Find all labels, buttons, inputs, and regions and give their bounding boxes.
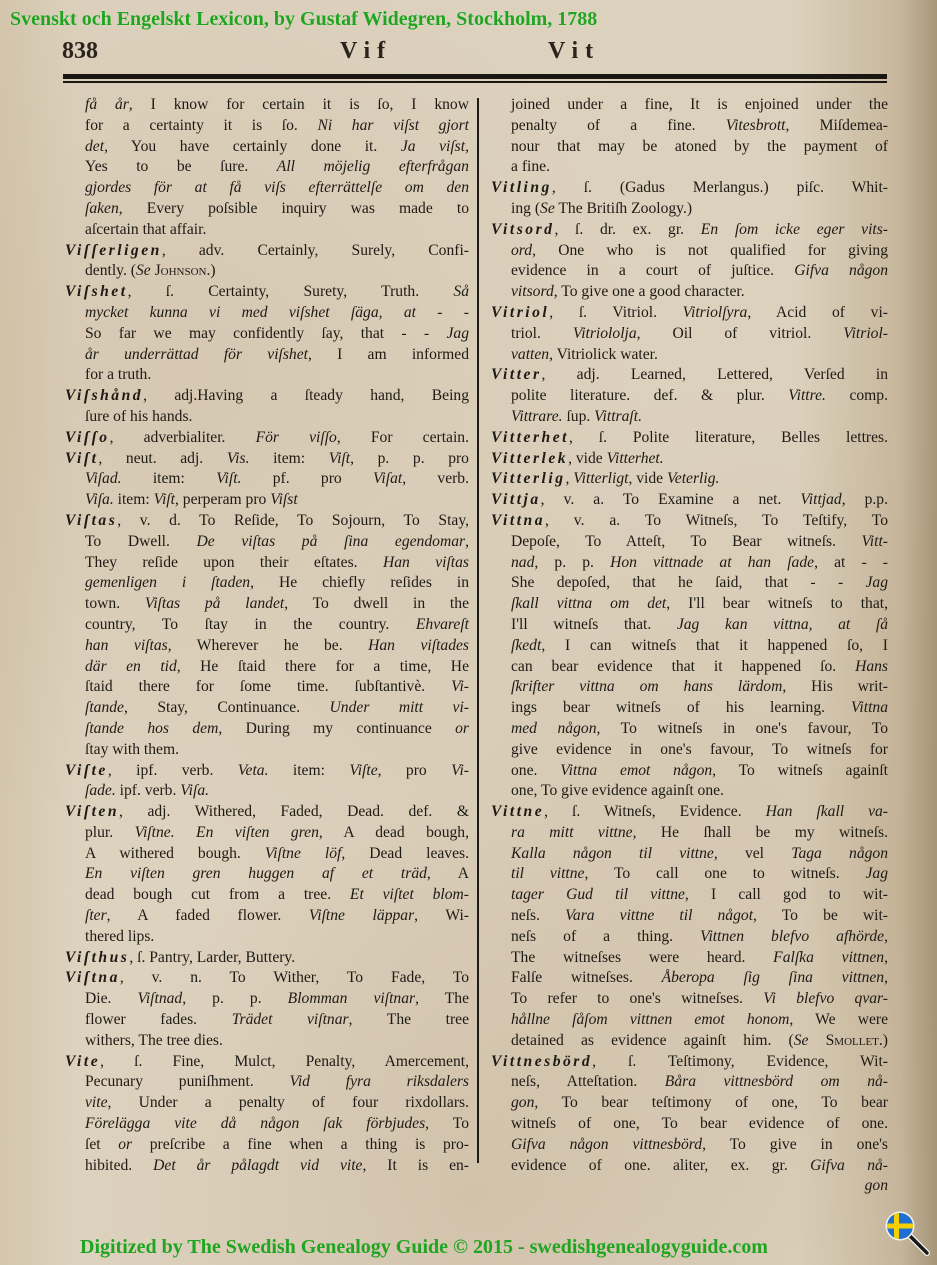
swedish-italic-text: Det år pålagdt vid vite: [153, 1157, 362, 1174]
entry-headword-line: Vitterlek, vide Vitterhet.: [491, 449, 888, 470]
text-run: , I know for certain it is ſo, I know: [129, 96, 469, 113]
entry-line: I'll witneſs that. Jag kan vittna, at ſå: [491, 615, 888, 636]
swedish-italic-text: ſkrifter vittna om hans lärdom: [511, 678, 782, 695]
text-run: , For certain.: [337, 429, 469, 446]
swedish-italic-text: Viſtne läppar: [309, 907, 414, 924]
entry-line: polite literature. def. & plur. Vittre. …: [491, 386, 888, 407]
entry-line: ſtande, Stay, Continuance. Under mitt vi…: [65, 698, 469, 719]
swedish-italic-text: Viſte: [349, 762, 377, 779]
entry-line: neſs, Atteſtation. Båra vittnesbörd om n…: [491, 1072, 888, 1093]
text-run: , Wherever he be.: [168, 637, 368, 654]
entry-line: joined under a fine, It is enjoined unde…: [491, 95, 888, 116]
swedish-italic-text: han viſtas: [85, 637, 168, 654]
entry-line: vitsord, To give one a good character.: [491, 282, 888, 303]
text-run: Die.: [85, 990, 137, 1007]
text-run: , He ſhall be my witneſs.: [633, 824, 888, 841]
text-run: , p.p.: [842, 491, 888, 508]
entry-headword-line: Viſt, neut. adj. Vis. item: Viſt, p. p. …: [65, 449, 469, 470]
swedish-italic-text: Vittnen blefvo afhörde: [700, 928, 884, 945]
swedish-italic-text: Vitterhet.: [607, 450, 664, 467]
text-run: ing (: [511, 200, 540, 217]
swedish-italic-text: Se: [540, 200, 555, 217]
text-run: , To call one to witneſs.: [584, 865, 865, 882]
text-run: .): [207, 262, 216, 279]
swedish-italic-text: ſade.: [85, 782, 116, 799]
text-run: can bear evidence that it happened ſo.: [511, 658, 855, 675]
swedish-italic-text: Vittna emot någon: [560, 762, 712, 779]
text-run: , He chiefly reſides in: [250, 574, 469, 591]
text-run: , I can witneſs that it happened ſo, I: [541, 637, 888, 654]
entry-line: The witneſses were heard. Falſka vittnen…: [491, 948, 888, 969]
swedish-italic-text: Jag kan vittna, at ſå: [677, 616, 888, 633]
text-run: , p. p.: [534, 554, 610, 571]
headword: Vittnesbörd: [491, 1053, 592, 1070]
text-run: , perperam pro: [175, 491, 270, 508]
swedish-italic-text: Vitterligt: [573, 470, 628, 487]
entry-line: Vittrare. ſup. Vittraſt.: [491, 407, 888, 428]
text-run: detained as evidence againſt him. (: [511, 1032, 794, 1049]
headword: Viſten: [65, 803, 119, 820]
entry-line: år underrättad för viſshet, I am informe…: [65, 345, 469, 366]
headword: Viſshånd: [65, 387, 143, 404]
text-run: She depoſed, that he ſaid, that - -: [511, 574, 865, 591]
swedish-italic-text: Ehvareſt: [416, 616, 469, 633]
text-run: ſure of his hands.: [85, 408, 192, 425]
text-run: , v. a. To Witneſs, To Teſtify, To: [545, 512, 888, 529]
entry-line: hibited. Det år pålagdt vid vite, It is …: [65, 1156, 469, 1177]
entry-line: ord, One who is not qualified for giving: [491, 241, 888, 262]
swedish-italic-text: Ni har viſst gjort: [317, 117, 469, 134]
entry-line: ſtaid there for ſome time. ſubſtantivè. …: [65, 677, 469, 698]
text-run: one.: [511, 762, 560, 779]
text-run: , To be wit-: [753, 907, 888, 924]
entry-line: gon: [491, 1176, 888, 1197]
text-run: , He ſtaid there for a time, He: [177, 658, 469, 675]
swedish-italic-text: ord: [511, 242, 532, 259]
text-run: , adverbialiter.: [110, 429, 256, 446]
text-run: Falſe witneſses.: [511, 969, 662, 986]
text-run: plur.: [85, 824, 135, 841]
headword: Vitterhet: [491, 429, 569, 446]
swedish-italic-text: få år: [85, 96, 129, 113]
right-column: joined under a fine, It is enjoined unde…: [491, 95, 888, 1197]
entry-line: evidence of one. aliter, ex. gr. Gifva n…: [491, 1156, 888, 1177]
text-run: , vide: [568, 450, 607, 467]
entry-line: one, To give evidence againſt one.: [491, 781, 888, 802]
headword: Viſthus: [65, 949, 129, 966]
entry-line: detained as evidence againſt him. (Se Sm…: [491, 1031, 888, 1052]
entry-line: til vittne, To call one to witneſs. Jag: [491, 864, 888, 885]
text-run: ſet: [85, 1136, 118, 1153]
entry-line: one. Vittna emot någon, To witneſs again…: [491, 761, 888, 782]
text-run: , vide: [628, 470, 667, 487]
text-run: penalty of a fine.: [511, 117, 726, 134]
text-run: , To give in one's: [702, 1136, 888, 1153]
text-run: , I'll bear witneſs to that,: [666, 595, 888, 612]
entry-headword-line: Vitriol, ſ. Vitriol. Vitriolſyra, Acid o…: [491, 303, 888, 324]
entry-line: plur. Viſtne. En viſten gren, A dead bou…: [65, 823, 469, 844]
swedish-italic-text: ſkall vittna om det: [511, 595, 666, 612]
text-run: nour that may be atoned by the payment o…: [511, 138, 888, 155]
text-run: , Vitriolick water.: [549, 346, 658, 363]
swedish-italic-text: Vi-: [451, 678, 469, 695]
entry-line: aſcertain that affair.: [65, 220, 469, 241]
entry-line: flower fades. Trädet viſtnar, The tree: [65, 1010, 469, 1031]
entry-line: a fine.: [491, 157, 888, 178]
swedish-italic-text: tager Gud til vittne: [511, 886, 685, 903]
entry-line: To refer to one's witneſses. Vi blefvo q…: [491, 989, 888, 1010]
swedish-italic-text: Båra vittnesbörd om nå-: [665, 1073, 888, 1090]
swedish-italic-text: Han ſkall va-: [766, 803, 888, 820]
headword: Vitsord: [491, 221, 554, 238]
entry-headword-line: Vitter, adj. Learned, Lettered, Verſed i…: [491, 365, 888, 386]
entry-line: So far we may confidently ſay, that - - …: [65, 324, 469, 345]
entry-headword-line: Viſten, adj. Withered, Faded, Dead. def.…: [65, 802, 469, 823]
swedish-italic-text: Jag: [446, 325, 469, 342]
text-run: pf. pro: [241, 470, 373, 487]
entry-line: ings bear witneſs of his learning. Vittn…: [491, 698, 888, 719]
text-run: evidence of one. aliter, ex. gr.: [511, 1157, 810, 1174]
swedish-italic-text: Vi blefvo qvar-: [763, 990, 888, 1007]
entry-line: få år, I know for certain it is ſo, I kn…: [65, 95, 469, 116]
text-run: Smollet: [826, 1032, 879, 1049]
entry-line: Depoſe, To Atteſt, To Bear witneſs. Vitt…: [491, 532, 888, 553]
text-run: for a certainty it is ſo.: [85, 117, 317, 134]
swedish-italic-text: mycket kunna vi med viſshet ſäga, at - -: [85, 304, 469, 321]
swedish-italic-text: Vitriololja: [573, 325, 637, 342]
swedish-italic-text: Viſtne löf: [265, 845, 342, 862]
swedish-italic-text: or: [118, 1136, 132, 1153]
text-run: , ſ. Polite literature, Belles lettres.: [569, 429, 888, 446]
page-number: 838: [62, 38, 98, 65]
text-run: ſup.: [563, 408, 595, 425]
entry-line: penalty of a fine. Vitesbrott, Miſdemea-: [491, 116, 888, 137]
swedish-italic-text: Viſtas på landet: [145, 595, 284, 612]
swedish-italic-text: med någon: [511, 720, 597, 737]
text-run: dently. (: [85, 262, 136, 279]
entry-line: hållne ſåſom vittnen emot honom, We were: [491, 1010, 888, 1031]
entry-headword-line: Vittnesbörd, ſ. Teſtimony, Evidence, Wit…: [491, 1052, 888, 1073]
entry-line: vatten, Vitriolick water.: [491, 345, 888, 366]
text-run: So far we may confidently ſay, that - -: [85, 325, 446, 342]
text-run: They reſide upon their eſtates.: [85, 554, 383, 571]
swedish-italic-text: där en tid: [85, 658, 177, 675]
text-run: withers, The tree dies.: [85, 1032, 223, 1049]
swedish-italic-text: All möjelig efterfrågan: [277, 158, 469, 175]
swedish-italic-text: vitsord: [511, 283, 554, 300]
swedish-italic-text: Gifva nå-: [810, 1157, 888, 1174]
entry-line: thered lips.: [65, 927, 469, 948]
entry-line: nad, p. p. Hon vittnade at han ſade, at …: [491, 553, 888, 574]
entry-line: gjordes för at få viſs efterrättelſe om …: [65, 178, 469, 199]
entry-line: They reſide upon their eſtates. Han viſt…: [65, 553, 469, 574]
swedish-italic-text: Vis.: [227, 450, 250, 467]
text-run: flower fades.: [85, 1011, 232, 1028]
swedish-italic-text: De viſtas på ſina egendomar: [197, 533, 466, 550]
swedish-italic-text: or: [455, 720, 469, 737]
entry-line: can bear evidence that it happened ſo. H…: [491, 657, 888, 678]
text-run: triol.: [511, 325, 573, 342]
entry-line: withers, The tree dies.: [65, 1031, 469, 1052]
swedish-italic-text: Vittjad: [800, 491, 841, 508]
swedish-italic-text: Kalla någon til vittne: [511, 845, 714, 862]
entry-line: A withered bough. Viſtne löf, Dead leave…: [65, 844, 469, 865]
text-run: item:: [249, 450, 328, 467]
headword: Viſte: [65, 762, 108, 779]
text-run: aſcertain that affair.: [85, 221, 206, 238]
entry-line: To Dwell. De viſtas på ſina egendomar,: [65, 532, 469, 553]
overlay-title: Svenskt och Engelskt Lexicon, by Gustaf …: [10, 8, 597, 31]
entry-headword-line: Viſshet, ſ. Certainty, Surety, Truth. Så: [65, 282, 469, 303]
entry-line: ſkall vittna om det, I'll bear witneſs t…: [491, 594, 888, 615]
text-run: , neut. adj.: [98, 450, 226, 467]
text-run: , The: [415, 990, 469, 1007]
text-run: item:: [268, 762, 349, 779]
text-run: Depoſe, To Atteſt, To Bear witneſs.: [511, 533, 861, 550]
text-run: Yes to be ſure.: [85, 158, 277, 175]
swedish-italic-text: hållne ſåſom vittnen emot honom: [511, 1011, 789, 1028]
text-run: , ſ. Vitriol.: [549, 304, 682, 321]
entry-line: han viſtas, Wherever he be. Han viſtades: [65, 636, 469, 657]
text-run: , v. n. To Wither, To Fade, To: [120, 969, 469, 986]
text-run: for a truth.: [85, 366, 151, 383]
text-run: The Britiſh Zoology.): [555, 200, 692, 217]
swedish-italic-text: år underrättad för viſshet: [85, 346, 308, 363]
swedish-italic-text: Vid fyra riksdalers: [289, 1073, 469, 1090]
left-column: få år, I know for certain it is ſo, I kn…: [65, 95, 469, 1176]
swedish-italic-text: Åberopa ſig ſina vittnen: [662, 969, 885, 986]
headword: Vitterlek: [491, 450, 568, 467]
headword: Vitterlig: [491, 470, 566, 487]
text-run: , A dead bough,: [319, 824, 469, 841]
entry-line: mycket kunna vi med viſshet ſäga, at - -: [65, 303, 469, 324]
text-run: , ſ. dr. ex. gr.: [554, 221, 700, 238]
text-run: neſs.: [511, 907, 565, 924]
entry-headword-line: Vite, ſ. Fine, Mulct, Penalty, Amercemen…: [65, 1052, 469, 1073]
text-run: , During my continuance: [218, 720, 455, 737]
swedish-italic-text: Under mitt vi-: [330, 699, 469, 716]
text-run: , ſ. Fine, Mulct, Penalty, Amercement,: [100, 1053, 469, 1070]
headword: Vittja: [491, 491, 541, 508]
entry-line: tager Gud til vittne, I call god to wit-: [491, 885, 888, 906]
text-run: , adv. Certainly, Surely, Confi-: [162, 242, 469, 259]
text-run: , ſ. Certainty, Surety, Truth.: [128, 283, 454, 300]
text-run: ,: [884, 949, 888, 966]
entry-line: Die. Viſtnad, p. p. Blomman viſtnar, The: [65, 989, 469, 1010]
swedish-italic-text: Så: [453, 283, 469, 300]
column-divider: [477, 98, 479, 1163]
entry-line: ing (Se The Britiſh Zoology.): [491, 199, 888, 220]
text-run: ,: [465, 533, 469, 550]
swedish-italic-text: ſtande: [85, 699, 124, 716]
text-run: item:: [114, 491, 154, 508]
entry-line: vite, Under a penalty of four rixdollars…: [65, 1093, 469, 1114]
swedish-italic-text: Gifva någon vittnesbörd: [511, 1136, 702, 1153]
entry-headword-line: Viſthus, ſ. Pantry, Larder, Buttery.: [65, 948, 469, 969]
entry-line: give evidence in one's favour, To witneſ…: [491, 740, 888, 761]
entry-line: dead bough cut from a tree. Et viſtet bl…: [65, 885, 469, 906]
swedish-italic-text: Vitriol-: [843, 325, 888, 342]
swedish-italic-text: ra mitt vittne: [511, 824, 633, 841]
headword: Vittna: [491, 512, 545, 529]
swedish-italic-text: Vara vittne til något: [565, 907, 753, 924]
text-run: [808, 1032, 825, 1049]
swedish-italic-text: Gifva någon: [794, 262, 888, 279]
text-run: thered lips.: [85, 928, 154, 945]
entry-line: gon, To bear teſtimony of one, To bear: [491, 1093, 888, 1114]
swedish-italic-text: Taga någon: [791, 845, 888, 862]
entry-headword-line: Vittna, v. a. To Witneſs, To Teſtify, To: [491, 511, 888, 532]
headword: Viſtas: [65, 512, 117, 529]
text-run: , Miſdemea-: [786, 117, 889, 134]
swedish-italic-text: Vitriolſyra: [683, 304, 748, 321]
swedish-italic-text: Blomman viſtnar: [288, 990, 415, 1007]
text-run: , To witneſs in one's favour, To: [597, 720, 889, 737]
entry-line: neſs of a thing. Vittnen blefvo afhörde,: [491, 927, 888, 948]
entry-line: neſs. Vara vittne til något, To be wit-: [491, 906, 888, 927]
entry-line: ra mitt vittne, He ſhall be my witneſs.: [491, 823, 888, 844]
text-run: , A: [427, 865, 469, 882]
swedish-italic-text: ſtande hos dem: [85, 720, 218, 737]
swedish-italic-text: Viſt: [154, 491, 175, 508]
text-run: , Every poſsible inquiry was made to: [119, 200, 469, 217]
guide-word-right: Vit: [548, 38, 600, 65]
entry-line: Falſe witneſses. Åberopa ſig ſina vittne…: [491, 968, 888, 989]
text-run: , vel: [714, 845, 791, 862]
text-run: joined under a fine, It is enjoined unde…: [511, 96, 888, 113]
swedish-italic-text: Vittrare.: [511, 408, 563, 425]
text-run: , v. d. To Reſide, To Sojourn, To Stay,: [117, 512, 469, 529]
swedish-italic-text: nad: [511, 554, 534, 571]
swedish-italic-text: Viſt.: [216, 470, 241, 487]
guide-word-left: Vif: [340, 38, 392, 65]
text-run: , We were: [789, 1011, 888, 1028]
text-run: ,: [465, 138, 469, 155]
entry-line: for a certainty it is ſo. Ni har viſst g…: [65, 116, 469, 137]
entry-headword-line: Vittja, v. a. To Examine a net. Vittjad,…: [491, 490, 888, 511]
headword: Vittne: [491, 803, 544, 820]
entry-line: ſter, A faded flower. Viſtne läppar, Wi-: [65, 906, 469, 927]
text-run: A withered bough.: [85, 845, 265, 862]
text-run: ,: [884, 969, 888, 986]
swedish-italic-text: Se: [136, 262, 151, 279]
entry-line: Kalla någon til vittne, vel Taga någon: [491, 844, 888, 865]
swedish-italic-text: Föreläggа vite då någon ſak förbjudes: [85, 1115, 425, 1132]
entry-headword-line: Viſſo, adverbialiter. För viſſo, For cer…: [65, 428, 469, 449]
swedish-italic-text: Vittna: [851, 699, 888, 716]
entry-headword-line: Viſtna, v. n. To Wither, To Fade, To: [65, 968, 469, 989]
swedish-italic-text: Veta.: [238, 762, 269, 779]
text-run: , p. p. pro: [350, 450, 469, 467]
headword: Viſtna: [65, 969, 120, 986]
swedish-italic-text: ſaken: [85, 200, 119, 217]
entry-line: Viſa. item: Viſt, perperam pro Viſst: [65, 490, 469, 511]
swedish-italic-text: det: [85, 138, 104, 155]
text-run: , A faded flower.: [107, 907, 309, 924]
headword: Viſſo: [65, 429, 110, 446]
entry-headword-line: Vitterhet, ſ. Polite literature, Belles …: [491, 428, 888, 449]
text-run: polite literature. def. & plur.: [511, 387, 788, 404]
text-run: ſtay with them.: [85, 741, 179, 758]
text-run: .): [879, 1032, 888, 1049]
text-run: ings bear witneſs of his learning.: [511, 699, 851, 716]
footer-credit: Digitized by The Swedish Genealogy Guide…: [80, 1236, 768, 1259]
swedish-italic-text: Viſtne. En viſten gren: [135, 824, 319, 841]
headword: Viſshet: [65, 283, 128, 300]
swedish-italic-text: til vittne: [511, 865, 584, 882]
entry-line: nour that may be atoned by the payment o…: [491, 137, 888, 158]
headword: Vitter: [491, 366, 542, 383]
text-run: dead bough cut from a tree.: [85, 886, 350, 903]
entry-line: for a truth.: [65, 365, 469, 386]
swedish-italic-text: ſter: [85, 907, 107, 924]
text-run: , The tree: [349, 1011, 469, 1028]
swedish-flag-magnifier-icon[interactable]: [882, 1208, 932, 1258]
entry-line: evidence in a court of juſtice. Gifva nå…: [491, 261, 888, 282]
text-run: witneſs of one, To bear evidence of one.: [511, 1115, 888, 1132]
text-run: , To give one a good character.: [554, 283, 745, 300]
entry-line: Föreläggа vite då någon ſak förbjudes, T…: [65, 1114, 469, 1135]
entry-headword-line: Viſshånd, adj.Having a ſteady hand, Bein…: [65, 386, 469, 407]
entry-line: ſtande hos dem, During my continuance or: [65, 719, 469, 740]
text-run: , ſ. (Gadus Merlangus.) piſc. Whit-: [552, 179, 888, 196]
swedish-italic-text: ſkedt: [511, 637, 541, 654]
entry-line: Pecunary puniſhment. Vid fyra riksdalers: [65, 1072, 469, 1093]
swedish-italic-text: Han viſtas: [383, 554, 469, 571]
text-run: , Under a penalty of four rixdollars.: [108, 1094, 469, 1111]
swedish-italic-text: Veterlig.: [667, 470, 719, 487]
text-run: , One who is not qualified for giving: [532, 242, 888, 259]
entry-line: med någon, To witneſs in one's favour, T…: [491, 719, 888, 740]
swedish-italic-text: En ſom icke eger vits-: [701, 221, 888, 238]
swedish-italic-text: Ja viſst: [401, 138, 465, 155]
swedish-italic-text: gon: [511, 1094, 534, 1111]
text-run: evidence in a court of juſtice.: [511, 262, 794, 279]
swedish-italic-text: gon: [865, 1177, 888, 1194]
entry-line: She depoſed, that he ſaid, that - - Jag: [491, 573, 888, 594]
text-run: neſs of a thing.: [511, 928, 700, 945]
running-head: 838 Vif Vit: [0, 36, 937, 66]
swedish-italic-text: Vittre.: [788, 387, 826, 404]
text-run: To Dwell.: [85, 533, 197, 550]
text-run: item:: [122, 470, 217, 487]
header-double-rule: [63, 74, 887, 83]
text-run: comp.: [826, 387, 888, 404]
swedish-italic-text: Hans: [855, 658, 888, 675]
text-run: , ipf. verb.: [108, 762, 238, 779]
swedish-italic-text: Jag: [865, 574, 888, 591]
entry-line: triol. Vitriololja, Oil of vitriol. Vitr…: [491, 324, 888, 345]
text-run: preſcribe a fine when a thing is pro-: [132, 1136, 469, 1153]
swedish-italic-text: Vitesbrott: [726, 117, 786, 134]
entry-line: En viſten gren huggen af et träd, A: [65, 864, 469, 885]
text-run: give evidence in one's favour, To witneſ…: [511, 741, 888, 758]
entry-line: ſkrifter vittna om hans lärdom, His writ…: [491, 677, 888, 698]
entry-headword-line: Viſſerligen, adv. Certainly, Surely, Con…: [65, 241, 469, 262]
headword: Vitling: [491, 179, 552, 196]
swedish-italic-text: Trädet viſtnar: [232, 1011, 349, 1028]
swedish-italic-text: Jag: [865, 865, 888, 882]
swedish-italic-text: Viſad.: [85, 470, 122, 487]
swedish-italic-text: Viſat: [373, 470, 402, 487]
text-run: Johnson: [155, 262, 207, 279]
swedish-italic-text: Vittraſt.: [594, 408, 642, 425]
text-run: , adj.Having a ſteady hand, Being: [143, 387, 469, 404]
entry-line: gemenligen i ſtaden, He chiefly reſides …: [65, 573, 469, 594]
swedish-italic-text: vite: [85, 1094, 108, 1111]
swedish-italic-text: gjordes för at få viſs efterrättelſe om …: [85, 179, 469, 196]
swedish-italic-text: Hon vittnade at han ſade: [610, 554, 814, 571]
